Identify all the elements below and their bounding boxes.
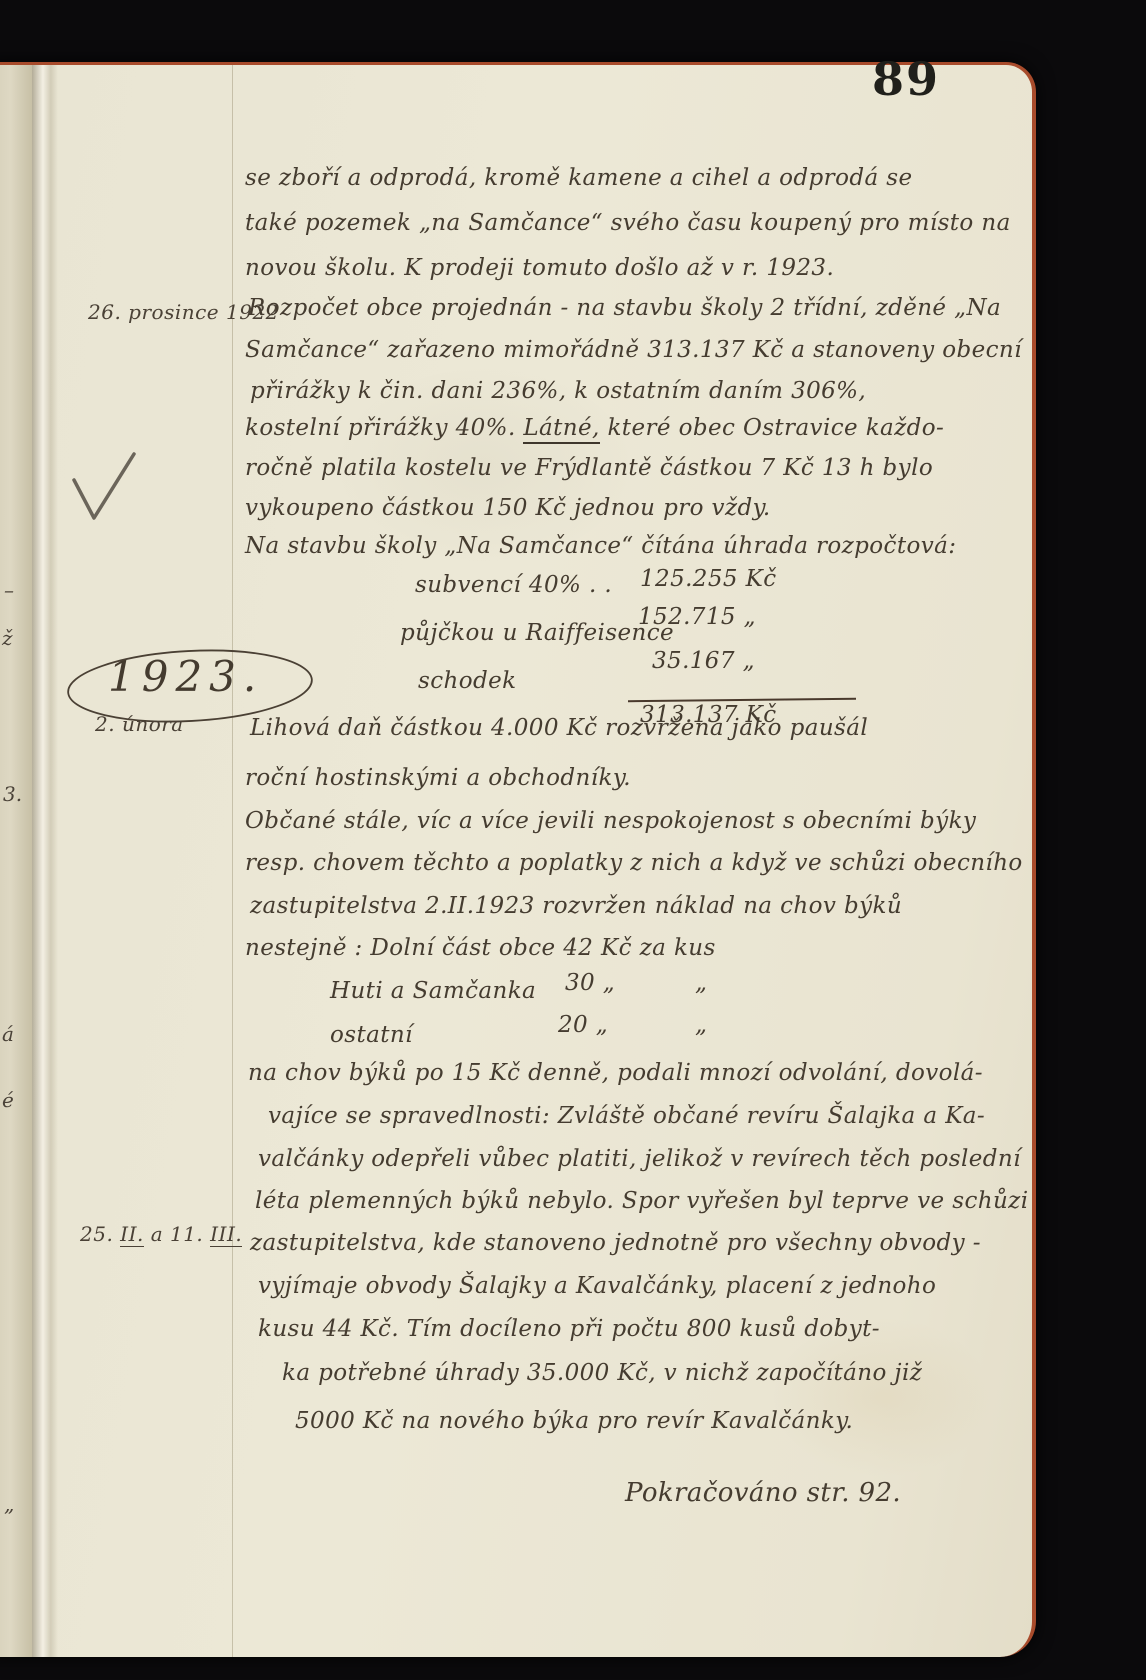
checkmark-icon: [68, 448, 140, 526]
body-line: vajíce se spravedlnosti: Zvláště občané …: [268, 1103, 985, 1131]
date-part-roman: III.: [210, 1222, 242, 1247]
livestock-row1-value: 30 „: [565, 970, 615, 998]
body-line: roční hostinskými a obchodníky.: [245, 765, 631, 793]
body-line: Občané stále, víc a více jevili nespokoj…: [245, 808, 976, 836]
date-part: 25.: [80, 1222, 113, 1246]
body-line: Na stavbu školy „Na Samčance“ čítána úhr…: [245, 533, 956, 561]
binding-crease: [32, 65, 58, 1657]
body-line: vyjímaje obvody Šalajky a Kavalčánky, pl…: [258, 1273, 936, 1301]
body-line: Samčance“ zařazeno mimořádně 313.137 Kč …: [245, 337, 1022, 365]
body-line: Lihová daň částkou 4.000 Kč rozvržena ja…: [250, 715, 868, 743]
margin-date-25II-11III: 25. II. a 11. III.: [80, 1222, 242, 1246]
page-fragment: 3.: [3, 782, 22, 806]
body-line: přirážky k čin. dani 236%, k ostatním da…: [250, 378, 866, 406]
date-part: a 11.: [151, 1222, 204, 1246]
page-fragment: „: [4, 1492, 14, 1516]
body-line: také pozemek „na Samčance“ svého času ko…: [245, 210, 1011, 238]
line-text: kostelní přirážky 40%.: [245, 415, 523, 441]
body-line: Rozpočet obce projednán - na stavbu škol…: [248, 295, 1001, 323]
livestock-row1-ditto: „: [695, 970, 707, 998]
date-part-roman: II.: [120, 1222, 144, 1247]
body-line: zastupitelstva 2.II.1923 rozvržen náklad…: [250, 893, 902, 921]
body-line-latne: kostelní přirážky 40%. Látné, které obec…: [245, 415, 944, 443]
livestock-row2-place: ostatní: [330, 1022, 413, 1050]
page-fragment: á: [2, 1022, 14, 1046]
livestock-row2-value: 20 „: [558, 1012, 608, 1040]
budget-row1-label: subvencí 40% . .: [415, 572, 612, 600]
body-line: vykoupeno částkou 150 Kč jednou pro vždy…: [245, 495, 771, 523]
body-line: na chov býků po 15 Kč denně, podali mnoz…: [248, 1060, 983, 1088]
budget-row2-value: 152.715 „: [638, 604, 756, 632]
body-line: valčánky odepřeli vůbec platiti, jelikož…: [258, 1146, 1021, 1174]
body-line: ročně platila kostelu ve Frýdlantě částk…: [245, 455, 933, 483]
body-line: léta plemenných býků nebylo. Spor vyřeše…: [255, 1188, 1028, 1216]
line-text: které obec Ostravice každo-: [600, 415, 944, 441]
body-line: nestejně : Dolní část obce 42 Kč za kus: [245, 935, 716, 963]
body-line: se zboří a odprodá, kromě kamene a cihel…: [245, 165, 912, 193]
body-line: zastupitelstva, kde stanoveno jednotně p…: [250, 1230, 981, 1258]
livestock-row1-place: Huti a Samčanka: [330, 978, 536, 1006]
page-fragment: ž: [2, 626, 13, 650]
livestock-row2-ditto: „: [695, 1012, 707, 1040]
body-line: novou školu. K prodeji tomuto došlo až v…: [245, 255, 834, 283]
budget-row2-label: půjčkou u Raiffeisence: [400, 620, 674, 648]
margin-date-2-unora: 2. února: [95, 712, 184, 736]
page-number: 89: [872, 52, 940, 106]
budget-row1-value: 125.255 Kč: [640, 566, 777, 594]
scanned-chronicle-page: – ž 3. á é „ 89 26. prosince 1922 1923. …: [0, 0, 1146, 1680]
previous-page-edge: [0, 65, 32, 1657]
page-fragment: –: [4, 578, 14, 602]
body-line: 5000 Kč na nového býka pro revír Kavalčá…: [295, 1408, 853, 1436]
continuation-note: Pokračováno str. 92.: [625, 1478, 901, 1509]
body-line: resp. chovem těchto a poplatky z nich a …: [245, 850, 1023, 878]
underlined-word: Látné,: [523, 415, 599, 444]
budget-row3-label: schodek: [418, 668, 516, 696]
budget-row3-value: 35.167 „: [652, 648, 755, 676]
body-line: ka potřebné úhrady 35.000 Kč, v nichž za…: [282, 1360, 922, 1388]
body-line: kusu 44 Kč. Tím docíleno při počtu 800 k…: [258, 1316, 880, 1344]
page-fragment: é: [2, 1088, 14, 1112]
